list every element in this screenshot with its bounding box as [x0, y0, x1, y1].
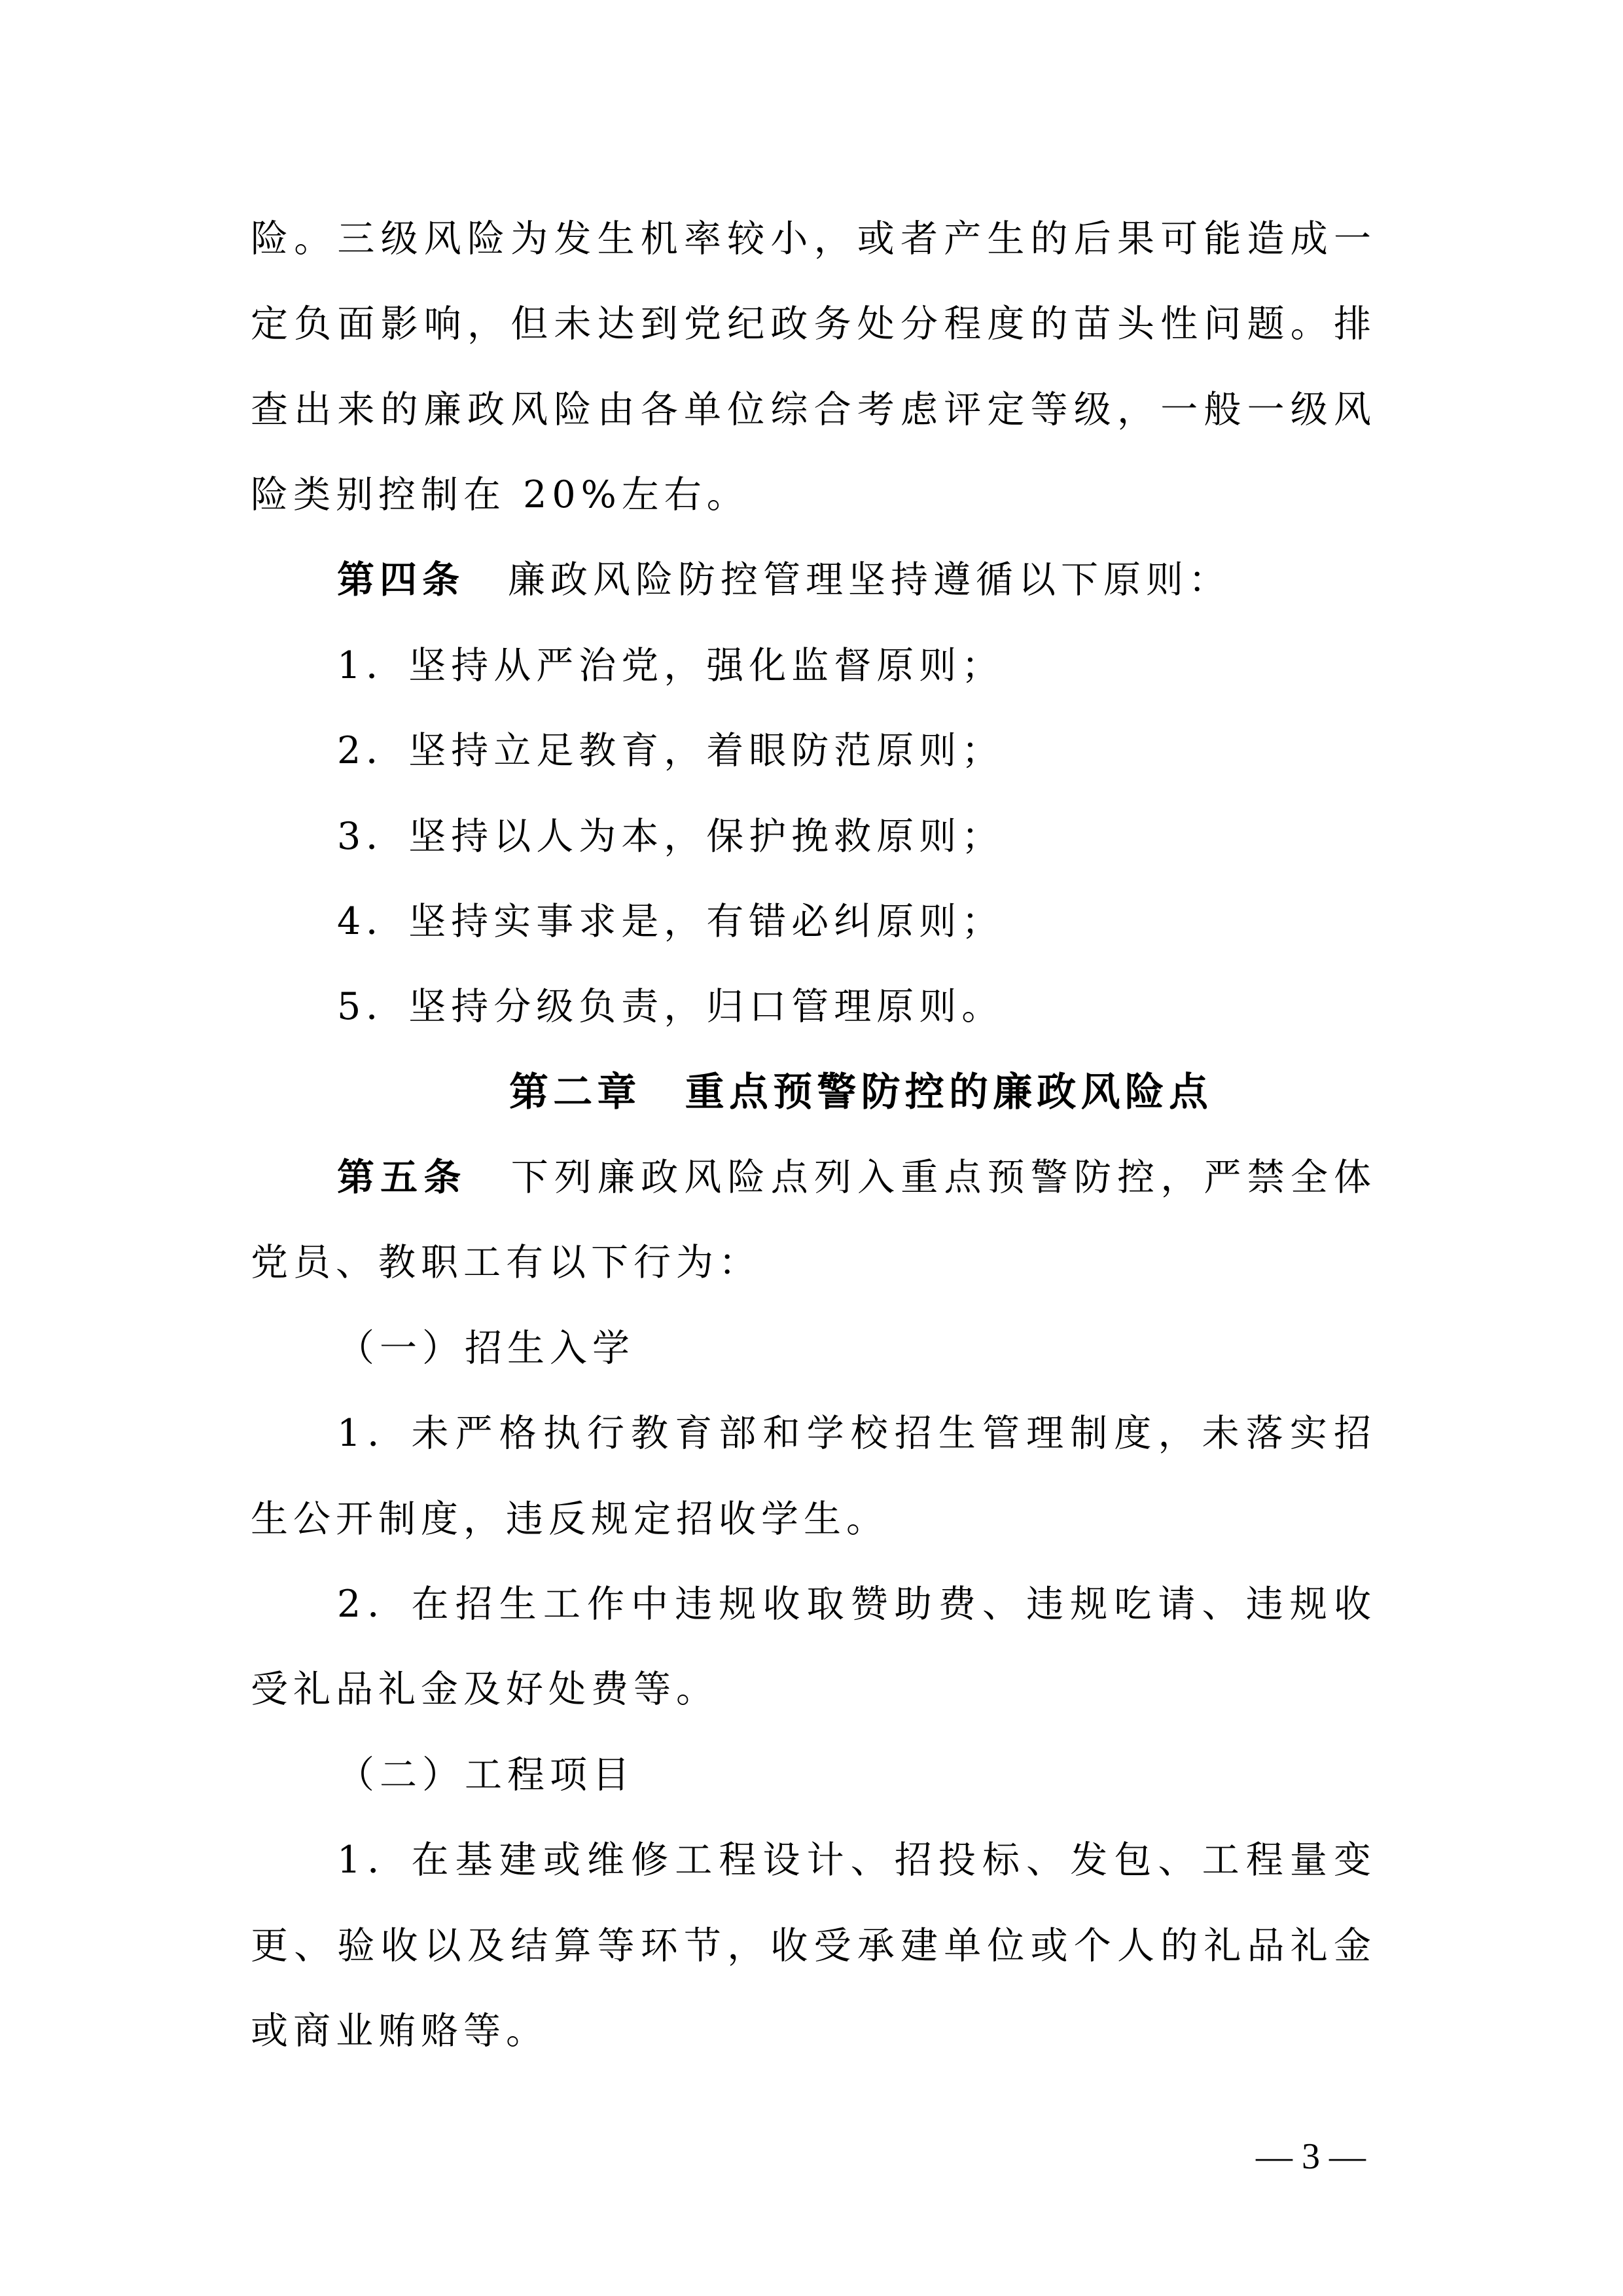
paragraph-line: 定负面影响，但未达到党纪政务处分程度的苗头性问题。排 [251, 298, 1376, 350]
section-heading: （二）工程项目 [337, 1749, 1376, 1801]
item-line: 1．在基建或维修工程设计、招投标、发包、工程量变 [337, 1834, 1376, 1886]
article-4-label: 第四条 [337, 558, 465, 601]
section-heading: （一）招生入学 [337, 1322, 1376, 1374]
item-line: 更、验收以及结算等环节，收受承建单位或个人的礼品礼金 [251, 1920, 1376, 1972]
paragraph-line: 险。三级风险为发生机率较小，或者产生的后果可能造成一 [251, 213, 1376, 265]
item-line: 受礼品礼金及好处费等。 [251, 1663, 1376, 1715]
principle-item: 1．坚持从严治党，强化监督原则； [337, 639, 1376, 692]
principle-item: 5．坚持分级负责，归口管理原则。 [337, 980, 1376, 1033]
paragraph-line: 险类别控制在 20%左右。 [251, 469, 1376, 521]
article-5-text: 下列廉政风险点列入重点预警防控，严禁全体 [510, 1156, 1376, 1199]
principle-item: 3．坚持以人为本，保护挽救原则； [337, 810, 1376, 863]
principle-item: 2．坚持立足教育，着眼防范原则； [337, 725, 1376, 777]
article-4-text: 廉政风险防控管理坚持遵循以下原则： [508, 558, 1231, 601]
page-number: — 3 — [1242, 2137, 1380, 2176]
item-line: 生公开制度，违反规定招收学生。 [251, 1493, 1376, 1545]
item-line: 2．在招生工作中违规收取赞助费、违规吃请、违规收 [337, 1578, 1376, 1630]
item-line: 1．未严格执行教育部和学校招生管理制度，未落实招 [337, 1407, 1376, 1460]
item-line: 或商业贿赂等。 [251, 2005, 1376, 2057]
principle-item: 4．坚持实事求是，有错必纠原则； [337, 895, 1376, 948]
paragraph-line: 党员、教职工有以下行为： [251, 1236, 1376, 1289]
article-4: 第四条廉政风险防控管理坚持遵循以下原则： [337, 554, 1376, 606]
chapter-title: 第二章 重点预警防控的廉政风险点 [509, 1066, 1209, 1119]
document-page: 险。三级风险为发生机率较小，或者产生的后果可能造成一 定负面影响，但未达到党纪政… [0, 0, 1623, 2296]
article-5: 第五条下列廉政风险点列入重点预警防控，严禁全体 [337, 1151, 1376, 1204]
paragraph-line: 查出来的廉政风险由各单位综合考虑评定等级，一般一级风 [251, 384, 1376, 436]
article-5-label: 第五条 [337, 1156, 467, 1199]
